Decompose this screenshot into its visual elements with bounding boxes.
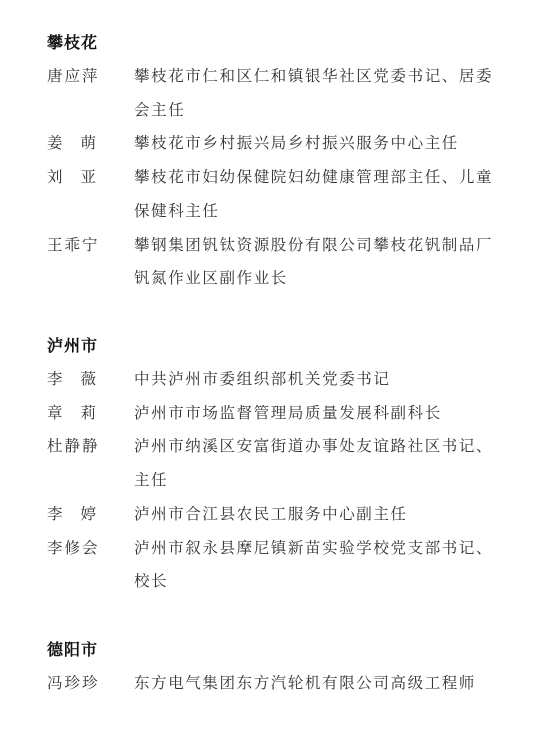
person-name: 唐应萍 — [47, 60, 134, 127]
list-item: 李修会 泸州市叙永县摩尼镇新苗实验学校党支部书记、校长 — [47, 532, 507, 599]
list-item: 杜静静 泸州市纳溪区安富街道办事处友谊路社区书记、主任 — [47, 430, 507, 497]
section-panzhihua: 攀枝花 唐应萍 攀枝花市仁和区仁和镇银华社区党委书记、居委会主任 姜萌 攀枝花市… — [47, 26, 507, 296]
person-role: 东方电气集团东方汽轮机有限公司高级工程师 — [134, 667, 494, 701]
list-item: 冯珍珍 东方电气集团东方汽轮机有限公司高级工程师 — [47, 667, 507, 701]
person-name: 杜静静 — [47, 430, 134, 497]
person-role: 攀枝花市仁和区仁和镇银华社区党委书记、居委会主任 — [134, 60, 494, 127]
person-role: 泸州市叙永县摩尼镇新苗实验学校党支部书记、校长 — [134, 532, 494, 599]
list-item: 李婷 泸州市合江县农民工服务中心副主任 — [47, 498, 507, 532]
list-item: 王乖宁 攀钢集团钒钛资源股份有限公司攀枝花钒制品厂钒氮作业区副作业长 — [47, 229, 507, 296]
section-deyang: 德阳市 冯珍珍 东方电气集团东方汽轮机有限公司高级工程师 — [47, 633, 507, 701]
document-page: 攀枝花 唐应萍 攀枝花市仁和区仁和镇银华社区党委书记、居委会主任 姜萌 攀枝花市… — [0, 0, 538, 749]
person-role: 泸州市合江县农民工服务中心副主任 — [134, 498, 494, 532]
section-title: 泸州市 — [47, 329, 507, 363]
person-role: 攀枝花市妇幼保健院妇幼健康管理部主任、儿童保健科主任 — [134, 161, 494, 228]
section-luzhou: 泸州市 李薇 中共泸州市委组织部机关党委书记 章莉 泸州市市场监督管理局质量发展… — [47, 329, 507, 599]
person-role: 泸州市市场监督管理局质量发展科副科长 — [134, 397, 494, 431]
list-item: 唐应萍 攀枝花市仁和区仁和镇银华社区党委书记、居委会主任 — [47, 60, 507, 127]
list-item: 李薇 中共泸州市委组织部机关党委书记 — [47, 363, 507, 397]
section-title: 德阳市 — [47, 633, 507, 667]
list-item: 姜萌 攀枝花市乡村振兴局乡村振兴服务中心主任 — [47, 127, 507, 161]
person-name: 李婷 — [47, 498, 134, 532]
person-role: 泸州市纳溪区安富街道办事处友谊路社区书记、主任 — [134, 430, 494, 497]
list-item: 刘亚 攀枝花市妇幼保健院妇幼健康管理部主任、儿童保健科主任 — [47, 161, 507, 228]
person-role: 攀钢集团钒钛资源股份有限公司攀枝花钒制品厂钒氮作业区副作业长 — [134, 229, 494, 296]
person-name: 冯珍珍 — [47, 667, 134, 701]
person-name: 章莉 — [47, 397, 134, 431]
section-title: 攀枝花 — [47, 26, 507, 60]
person-name: 李修会 — [47, 532, 134, 599]
person-name: 李薇 — [47, 363, 134, 397]
person-name: 王乖宁 — [47, 229, 134, 296]
person-role: 中共泸州市委组织部机关党委书记 — [134, 363, 494, 397]
person-name: 姜萌 — [47, 127, 134, 161]
person-role: 攀枝花市乡村振兴局乡村振兴服务中心主任 — [134, 127, 494, 161]
list-item: 章莉 泸州市市场监督管理局质量发展科副科长 — [47, 397, 507, 431]
person-name: 刘亚 — [47, 161, 134, 228]
